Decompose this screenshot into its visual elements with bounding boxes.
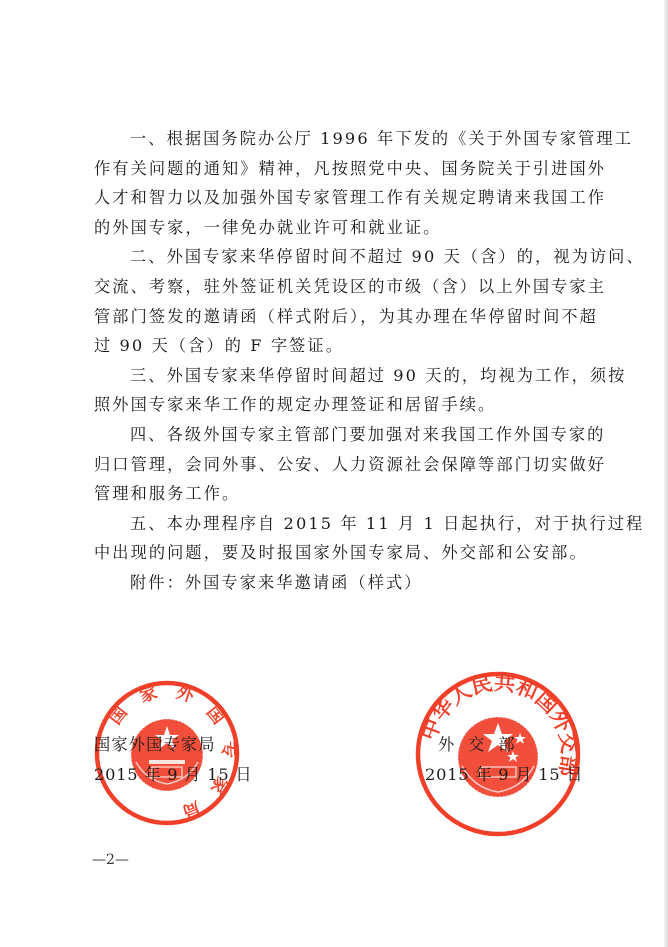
paragraph-5-line-1: 五、本办理程序自 2015 年 11 月 1 日起执行，对于执行过程: [94, 509, 606, 539]
page-number: —2—: [92, 852, 129, 868]
paragraph-1-line-2: 作有关问题的通知》精神，凡按照党中央、国务院关于引进国外: [94, 154, 606, 184]
paragraph-1-line-3: 人才和智力以及加强外国专家管理工作有关规定聘请来我国工作: [94, 183, 606, 213]
page-edge-shadow: [664, 0, 668, 947]
signature-left-name: 国家外国专家局: [94, 735, 216, 755]
paragraph-2-line-3: 管部门签发的邀请函（样式附后），为其办理在华停留时间不超: [94, 302, 606, 332]
paragraph-2-line-1: 二、外国专家来华停留时间不超过 90 天（含）的，视为访问、: [94, 242, 606, 272]
signature-right-date: 2015 年 9 月 15 日: [425, 765, 583, 785]
paragraph-5-line-2: 中出现的问题，要及时报国家外国专家局、外交部和公安部。: [94, 538, 606, 568]
paragraph-4-line-1: 四、各级外国专家主管部门要加强对来我国工作外国专家的: [94, 420, 606, 450]
signature-left-date: 2015 年 9 月 15 日: [94, 765, 252, 785]
document-body: 一、根据国务院办公厅 1996 年下发的《关于外国专家管理工 作有关问题的通知》…: [94, 124, 606, 598]
paragraph-4-line-3: 管理和服务工作。: [94, 479, 606, 509]
paragraph-1-line-1: 一、根据国务院办公厅 1996 年下发的《关于外国专家管理工: [94, 124, 606, 154]
paragraph-1-line-4: 的外国专家，一律免办就业许可和就业证。: [94, 213, 606, 243]
paragraph-2-line-2: 交流、考察，驻外签证机关凭设区的市级（含）以上外国专家主: [94, 272, 606, 302]
signature-right-name: 外交部: [438, 735, 529, 755]
paragraph-3-line-1: 三、外国专家来华停留时间超过 90 天的，均视为工作，须按: [94, 361, 606, 391]
attachment-line: 附件：外国专家来华邀请函（样式）: [94, 568, 606, 598]
paragraph-3-line-2: 照外国专家来华工作的规定办理签证和居留手续。: [94, 390, 606, 420]
paragraph-2-line-4: 过 90 天（含）的 F 字签证。: [94, 331, 606, 361]
paragraph-4-line-2: 归口管理，会同外事、公安、人力资源社会保障等部门切实做好: [94, 450, 606, 480]
